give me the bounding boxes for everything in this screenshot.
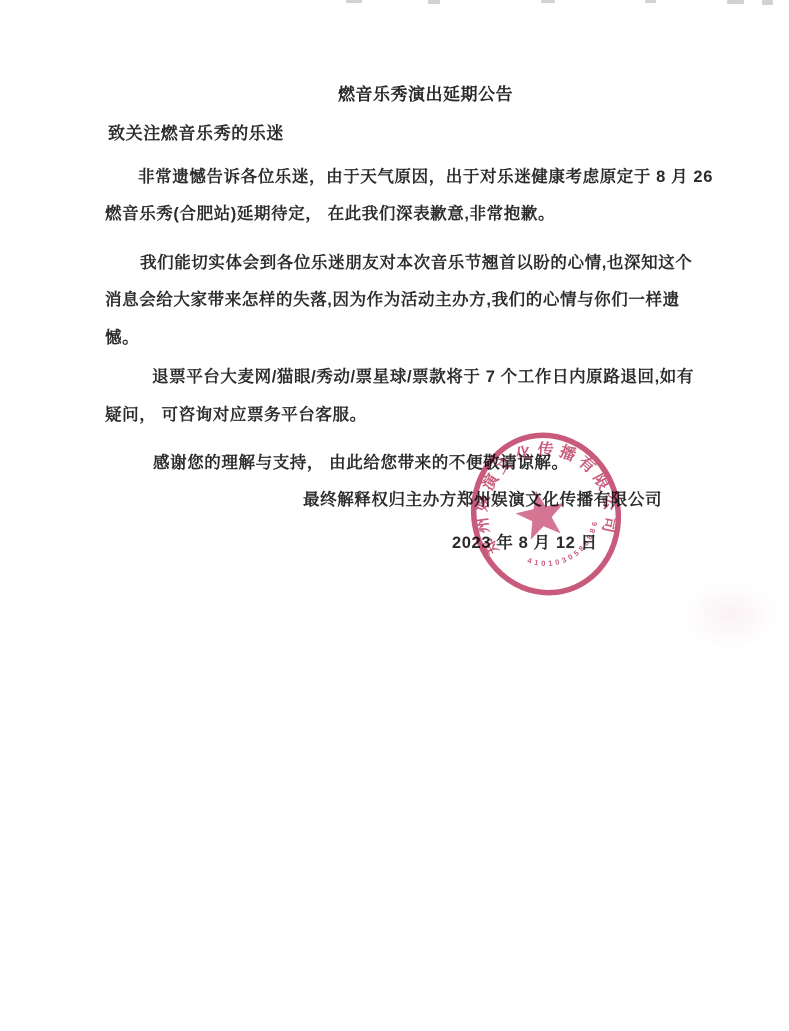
document-title: 燃音乐秀演出延期公告 xyxy=(338,80,513,105)
body-line: 退票平台大麦网/猫眼/秀动/票星球/票款将于 7 个工作日内原路退回,如有 xyxy=(105,366,732,388)
body-line: 疑问， 可咨询对应票务平台客服。 xyxy=(105,404,685,426)
scan-artifact xyxy=(727,0,744,4)
salutation-line: 致关注燃音乐秀的乐迷 xyxy=(108,123,688,145)
body-line: 我们能切实体会到各位乐迷朋友对本次音乐节翘首以盼的心情,也深知这个 xyxy=(105,252,720,274)
body-line: 非常遗憾告诉各位乐迷，由于天气原因，出于对乐迷健康考虑原定于 8 月 26 xyxy=(105,166,718,188)
body-line: 消息会给大家带来怎样的失落,因为作为活动主办方,我们的心情与你们一样遗 xyxy=(105,289,685,311)
date-line: 2023 年 8 月 12 日 xyxy=(452,532,672,554)
faint-ink-smudge xyxy=(680,580,780,650)
body-line: 憾。 xyxy=(105,327,685,349)
scan-artifact xyxy=(762,0,773,5)
scan-artifact xyxy=(645,0,656,3)
scan-artifact xyxy=(428,0,440,4)
signature-line: 最终解释权归主办方郑州娱演文化传播有限公司 xyxy=(303,489,703,511)
scan-artifact xyxy=(346,0,362,3)
scan-artifact xyxy=(541,0,555,3)
body-line: 感谢您的理解与支持， 由此给您带来的不便敬请谅解。 xyxy=(105,452,733,474)
announcement-page: 燃音乐秀演出延期公告 致关注燃音乐秀的乐迷 非常遗憾告诉各位乐迷，由于天气原因，… xyxy=(0,0,789,1031)
body-line: 燃音乐秀(合肥站)延期待定， 在此我们深表歉意,非常抱歉。 xyxy=(105,203,685,225)
